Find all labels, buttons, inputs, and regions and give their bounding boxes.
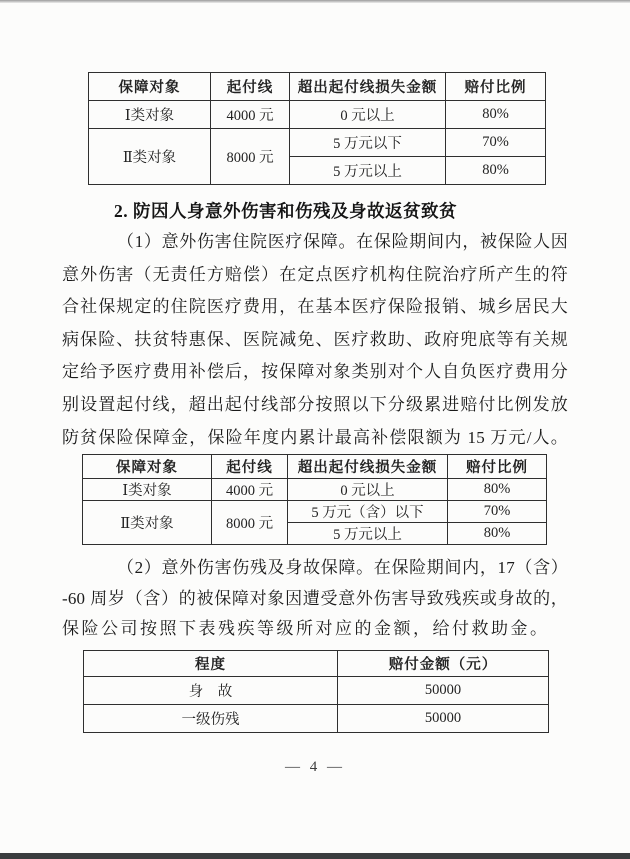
paragraph-line: -60 周岁（含）的被保障对象因遭受意外伤害导致残疾或身故的， bbox=[62, 584, 568, 615]
paragraph-1: （1）意外伤害住院医疗保障。在保险期间内，被保险人因 意外伤害（无责任方赔偿）在… bbox=[62, 226, 568, 454]
scan-bottom-edge bbox=[0, 853, 630, 859]
cell-ratio: 80% bbox=[448, 523, 547, 545]
page-content: 保障对象 起付线 超出起付线损失金额 赔付比例 Ⅰ类对象 4000 元 0 元以… bbox=[0, 72, 630, 776]
cell-object-class: Ⅱ类对象 bbox=[83, 501, 212, 545]
col-header-deductible: 起付线 bbox=[211, 73, 290, 101]
table-header-row: 保障对象 起付线 超出起付线损失金额 赔付比例 bbox=[83, 455, 547, 479]
table-coverage-tiers-2: 保障对象 起付线 超出起付线损失金额 赔付比例 Ⅰ类对象 4000 元 0 元以… bbox=[82, 454, 547, 545]
document-page: 保障对象 起付线 超出起付线损失金额 赔付比例 Ⅰ类对象 4000 元 0 元以… bbox=[0, 0, 630, 859]
col-header-object: 保障对象 bbox=[89, 73, 211, 101]
table-row: 身 故 50000 bbox=[84, 676, 549, 704]
cell-loss-range: 0 元以上 bbox=[290, 101, 446, 129]
cell-ratio: 80% bbox=[446, 157, 546, 185]
col-header-object: 保障对象 bbox=[83, 455, 212, 479]
col-header-ratio: 赔付比例 bbox=[446, 73, 546, 101]
cell-degree: 一级伤残 bbox=[84, 704, 338, 732]
table-coverage-tiers-1: 保障对象 起付线 超出起付线损失金额 赔付比例 Ⅰ类对象 4000 元 0 元以… bbox=[88, 72, 546, 185]
col-header-loss-amount: 超出起付线损失金额 bbox=[290, 73, 446, 101]
cell-amount: 50000 bbox=[338, 704, 549, 732]
cell-deductible: 4000 元 bbox=[212, 479, 288, 501]
cell-deductible: 4000 元 bbox=[211, 101, 290, 129]
table-header-row: 程度 赔付金额（元） bbox=[84, 650, 549, 676]
cell-ratio: 80% bbox=[446, 101, 546, 129]
cell-deductible: 8000 元 bbox=[212, 501, 288, 545]
cell-ratio: 70% bbox=[448, 501, 547, 523]
paragraph-line: 保险公司按照下表残疾等级所对应的金额，给付救助金。 bbox=[62, 614, 568, 645]
table-row: Ⅱ类对象 8000 元 5 万元（含）以下 70% bbox=[83, 501, 547, 523]
cell-loss-range: 0 元以上 bbox=[288, 479, 448, 501]
col-header-amount: 赔付金额（元） bbox=[338, 650, 549, 676]
paragraph-line: 合社保规定的住院医疗费用，在基本医疗保险报销、城乡居民大 bbox=[62, 291, 568, 324]
table-compensation: 程度 赔付金额（元） 身 故 50000 一级伤残 50000 bbox=[83, 650, 549, 733]
cell-amount: 50000 bbox=[338, 676, 549, 704]
col-header-ratio: 赔付比例 bbox=[448, 455, 547, 479]
table-row: Ⅰ类对象 4000 元 0 元以上 80% bbox=[89, 101, 546, 129]
paragraph-line: 意外伤害（无责任方赔偿）在定点医疗机构住院治疗所产生的符 bbox=[62, 259, 568, 292]
page-number: — 4 — bbox=[62, 759, 568, 776]
cell-deductible: 8000 元 bbox=[211, 129, 290, 185]
col-header-deductible: 起付线 bbox=[212, 455, 288, 479]
cell-loss-range: 5 万元以上 bbox=[290, 157, 446, 185]
paragraph-line: （1）意外伤害住院医疗保障。在保险期间内，被保险人因 bbox=[62, 226, 568, 259]
paragraph-line: （2）意外伤害伤残及身故保障。在保险期间内，17（含） bbox=[62, 553, 568, 584]
table-row: Ⅰ类对象 4000 元 0 元以上 80% bbox=[83, 479, 547, 501]
cell-degree: 身 故 bbox=[84, 676, 338, 704]
table-header-row: 保障对象 起付线 超出起付线损失金额 赔付比例 bbox=[89, 73, 546, 101]
table-row: Ⅱ类对象 8000 元 5 万元以下 70% bbox=[89, 129, 546, 157]
section-heading: 2. 防因人身意外伤害和伤残及身故返贫致贫 bbox=[114, 198, 568, 224]
paragraph-line: 防贫保险保障金，保险年度内累计最高补偿限额为 15 万元/人。 bbox=[62, 422, 568, 455]
paragraph-line: 定给予医疗费用补偿后，按保障对象类别对个人自负医疗费用分 bbox=[62, 356, 568, 389]
paragraph-line: 别设置起付线，超出起付线部分按照以下分级累进赔付比例发放 bbox=[62, 389, 568, 422]
cell-loss-range: 5 万元以上 bbox=[288, 523, 448, 545]
col-header-degree: 程度 bbox=[84, 650, 338, 676]
cell-object-class: Ⅱ类对象 bbox=[89, 129, 211, 185]
paragraph-line: 病保险、扶贫特惠保、医院减免、医疗救助、政府兜底等有关规 bbox=[62, 324, 568, 357]
cell-ratio: 70% bbox=[446, 129, 546, 157]
table-row: 一级伤残 50000 bbox=[84, 704, 549, 732]
scan-top-edge bbox=[0, 0, 630, 3]
cell-loss-range: 5 万元（含）以下 bbox=[288, 501, 448, 523]
cell-loss-range: 5 万元以下 bbox=[290, 129, 446, 157]
cell-object-class: Ⅰ类对象 bbox=[89, 101, 211, 129]
col-header-loss-amount: 超出起付线损失金额 bbox=[288, 455, 448, 479]
cell-ratio: 80% bbox=[448, 479, 547, 501]
paragraph-2: （2）意外伤害伤残及身故保障。在保险期间内，17（含） -60 周岁（含）的被保… bbox=[62, 553, 568, 645]
cell-object-class: Ⅰ类对象 bbox=[83, 479, 212, 501]
